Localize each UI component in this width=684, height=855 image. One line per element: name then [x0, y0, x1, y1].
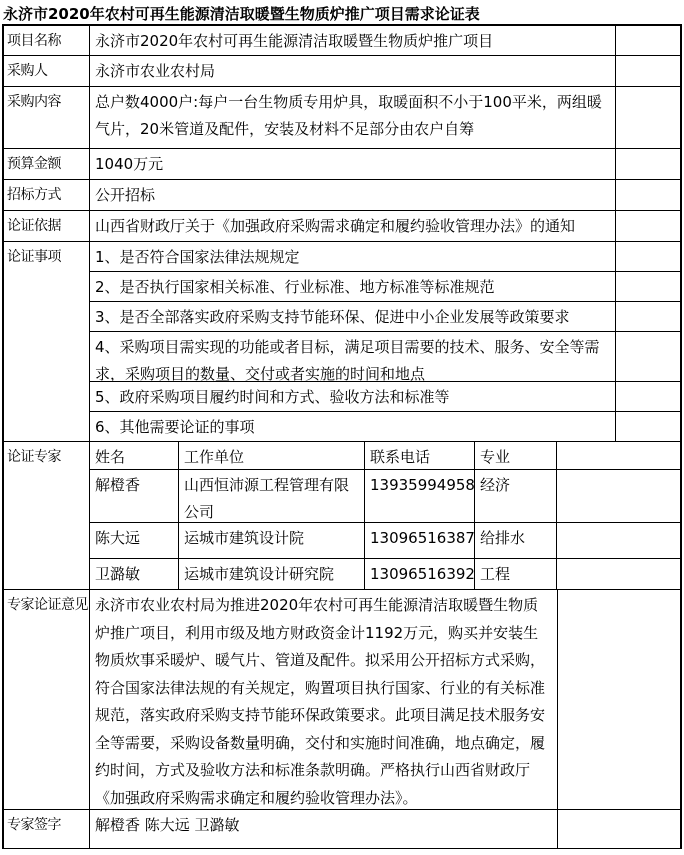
expert-row: 陈大远 运城市建筑设计院 13096516387 给排水 [90, 523, 682, 559]
budget-label: 预算金额 [4, 149, 90, 180]
expert-name: 陈大远 [90, 523, 179, 559]
matter-item-2: 2、是否执行国家相关标准、行业标准、地方标准等标准规范 [90, 272, 616, 302]
expert-signature-empty-cell [558, 810, 682, 849]
expert-unit: 山西恒沛源工程管理有限公司 [179, 470, 365, 523]
expert-phone: 13096516392 [365, 559, 475, 590]
row-verification-matters: 论证事项 1、是否符合国家法律法规规定 2、是否执行国家相关标准、行业标准、地方… [4, 242, 682, 442]
verification-table: 项目名称 永济市2020年农村可再生能源清洁取暖暨生物质炉推广项目 采购人 永济… [2, 24, 682, 849]
matter-item-6-empty-cell [616, 412, 682, 442]
project-name-value: 永济市2020年农村可再生能源清洁取暖暨生物质炉推广项目 [90, 26, 616, 56]
demand-verification-document: 永济市2020年农村可再生能源清洁取暖暨生物质炉推广项目需求论证表 项目名称 永… [0, 0, 684, 849]
procurement-content-value: 总户数4000户:每户一台生物质专用炉具，取暖面积不小于100平米，两组暖气片，… [90, 87, 616, 149]
budget-value: 1040万元 [90, 149, 616, 180]
purchaser-value: 永济市农业农村局 [90, 56, 616, 87]
matter-item-2-empty-cell [616, 272, 682, 302]
experts-header-unit: 工作单位 [179, 442, 365, 470]
expert-unit: 运城市建筑设计研究院 [179, 559, 365, 590]
experts-header-name: 姓名 [90, 442, 179, 470]
verification-matters-list: 1、是否符合国家法律法规规定 2、是否执行国家相关标准、行业标准、地方标准等标准… [90, 242, 682, 442]
procurement-content-label: 采购内容 [4, 87, 90, 149]
matter-item-5-empty-cell [616, 382, 682, 412]
row-expert-opinion: 专家论证意见 永济市农业农村局为推进2020年农村可再生能源清洁取暖暨生物质炉推… [4, 590, 682, 810]
matter-item-row: 4、采购项目需实现的功能或者目标，满足项目需要的技术、服务、安全等需求，采购项目… [90, 332, 682, 382]
experts-header-row: 姓名 工作单位 联系电话 专业 [90, 442, 682, 470]
row-project-name: 项目名称 永济市2020年农村可再生能源清洁取暖暨生物质炉推广项目 [4, 26, 682, 56]
experts-subtable: 姓名 工作单位 联系电话 专业 解橙香 山西恒沛源工程管理有限公司 139359… [90, 442, 682, 590]
verification-matters-label: 论证事项 [4, 242, 90, 442]
expert-opinion-value: 永济市农业农村局为推进2020年农村可再生能源清洁取暖暨生物质炉推广项目，利用市… [90, 590, 558, 810]
bidding-method-label: 招标方式 [4, 180, 90, 211]
matter-item-6: 6、其他需要论证的事项 [90, 412, 616, 442]
expert-major: 工程 [475, 559, 557, 590]
expert-major: 给排水 [475, 523, 557, 559]
matter-item-4: 4、采购项目需实现的功能或者目标，满足项目需要的技术、服务、安全等需求，采购项目… [90, 332, 616, 382]
matter-item-row: 2、是否执行国家相关标准、行业标准、地方标准等标准规范 [90, 272, 682, 302]
expert-row: 解橙香 山西恒沛源工程管理有限公司 13935994958 经济 [90, 470, 682, 523]
procurement-content-empty-cell [616, 87, 682, 149]
verification-basis-label: 论证依据 [4, 211, 90, 242]
row-verification-basis: 论证依据 山西省财政厅关于《加强政府采购需求确定和履约验收管理办法》的通知 [4, 211, 682, 242]
expert-empty-cell [557, 559, 682, 590]
verification-basis-value: 山西省财政厅关于《加强政府采购需求确定和履约验收管理办法》的通知 [90, 211, 616, 242]
expert-empty-cell [557, 470, 682, 523]
matter-item-1: 1、是否符合国家法律法规规定 [90, 242, 616, 272]
matter-item-5: 5、政府采购项目履约时间和方式、验收方法和标准等 [90, 382, 616, 412]
verification-basis-empty-cell [616, 211, 682, 242]
expert-major: 经济 [475, 470, 557, 523]
matter-item-row: 5、政府采购项目履约时间和方式、验收方法和标准等 [90, 382, 682, 412]
expert-signature-label: 专家签字 [4, 810, 90, 849]
page-title: 永济市2020年农村可再生能源清洁取暖暨生物质炉推广项目需求论证表 [0, 0, 684, 24]
expert-phone: 13935994958 [365, 470, 475, 523]
expert-empty-cell [557, 523, 682, 559]
expert-unit: 运城市建筑设计院 [179, 523, 365, 559]
expert-phone: 13096516387 [365, 523, 475, 559]
matter-item-row: 6、其他需要论证的事项 [90, 412, 682, 442]
experts-header-phone: 联系电话 [365, 442, 475, 470]
row-verification-experts: 论证专家 姓名 工作单位 联系电话 专业 解橙香 山西恒沛源工程管理有限公司 1… [4, 442, 682, 590]
row-purchaser: 采购人 永济市农业农村局 [4, 56, 682, 87]
matter-item-3-empty-cell [616, 302, 682, 332]
experts-header-empty-cell [557, 442, 682, 470]
matter-item-4-empty-cell [616, 332, 682, 382]
row-bidding-method: 招标方式 公开招标 [4, 180, 682, 211]
matter-item-1-empty-cell [616, 242, 682, 272]
expert-opinion-label: 专家论证意见 [4, 590, 90, 810]
budget-empty-cell [616, 149, 682, 180]
row-procurement-content: 采购内容 总户数4000户:每户一台生物质专用炉具，取暖面积不小于100平米，两… [4, 87, 682, 149]
verification-experts-label: 论证专家 [4, 442, 90, 590]
purchaser-empty-cell [616, 56, 682, 87]
purchaser-label: 采购人 [4, 56, 90, 87]
expert-opinion-empty-cell [558, 590, 682, 810]
bidding-method-empty-cell [616, 180, 682, 211]
expert-signature-value: 解橙香 陈大远 卫潞敏 [90, 810, 558, 849]
matter-item-row: 1、是否符合国家法律法规规定 [90, 242, 682, 272]
bidding-method-value: 公开招标 [90, 180, 616, 211]
expert-row: 卫潞敏 运城市建筑设计研究院 13096516392 工程 [90, 559, 682, 590]
row-budget: 预算金额 1040万元 [4, 149, 682, 180]
project-name-label: 项目名称 [4, 26, 90, 56]
expert-name: 解橙香 [90, 470, 179, 523]
matter-item-row: 3、是否全部落实政府采购支持节能环保、促进中小企业发展等政策要求 [90, 302, 682, 332]
row-expert-signature: 专家签字 解橙香 陈大远 卫潞敏 [4, 810, 682, 849]
matter-item-3: 3、是否全部落实政府采购支持节能环保、促进中小企业发展等政策要求 [90, 302, 616, 332]
expert-name: 卫潞敏 [90, 559, 179, 590]
project-name-empty-cell [616, 26, 682, 56]
experts-header-major: 专业 [475, 442, 557, 470]
